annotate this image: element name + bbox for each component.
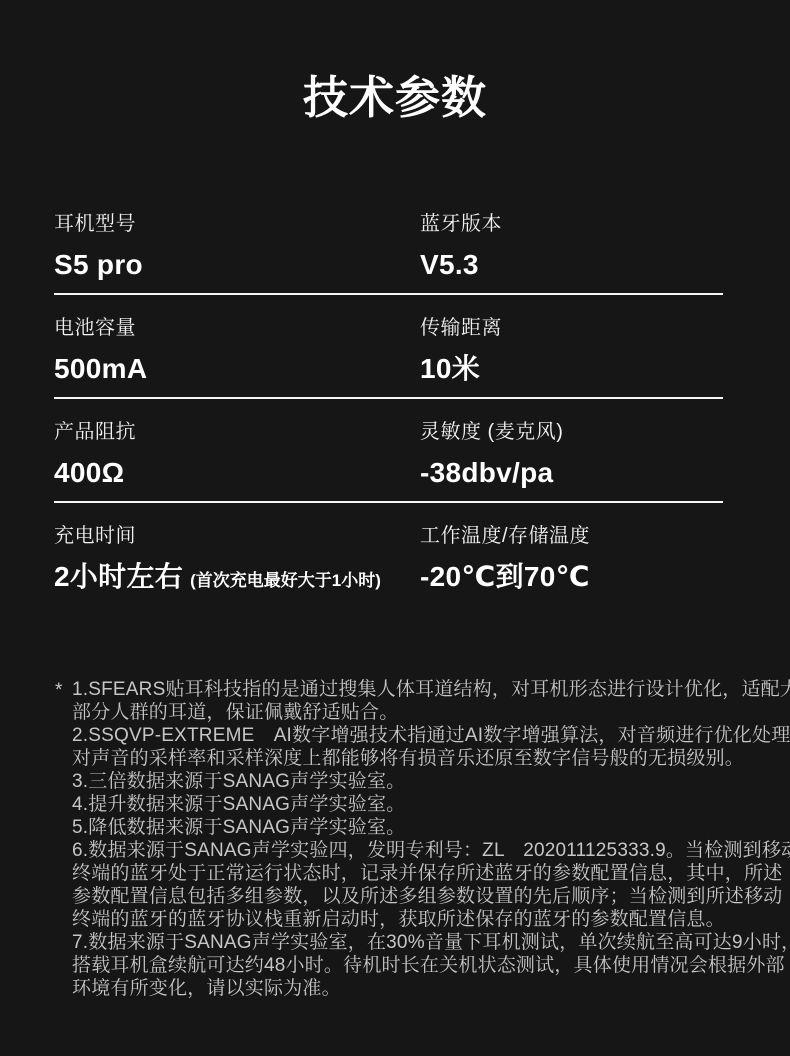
spec-cell-impedance: 产品阻抗 400Ω	[54, 420, 420, 501]
spec-cell-transmission-distance: 传输距离 10米	[420, 316, 723, 397]
page-title: 技术参数	[0, 0, 790, 126]
footnote-line: 终端的蓝牙处于正常运行状态时，记录并保存所述蓝牙的参数配置信息，其中，所述	[72, 862, 780, 885]
spec-cell-charging-time: 充电时间 2小时左右(首次充电最好大于1小时)	[54, 524, 420, 607]
footnote-line: 7.数据来源于SANAG声学实验室，在30%音量下耳机测试，单次续航至高可达9小…	[72, 931, 780, 954]
spec-value-text: 2小时左右	[54, 560, 183, 593]
spec-cell-mic-sensitivity: 灵敏度 (麦克风) -38dbv/pa	[420, 420, 723, 501]
spec-cell-battery: 电池容量 500mA	[54, 316, 420, 397]
spec-label-mic-sensitivity: 灵敏度 (麦克风)	[420, 420, 723, 445]
spec-value-temperature-range: -20℃到70℃	[420, 560, 723, 593]
spec-table: 耳机型号 S5 pro 蓝牙版本 V5.3 电池容量 500mA 传输距离	[54, 212, 723, 607]
footnote-line: 3.三倍数据来源于SANAG声学实验室。	[72, 770, 780, 793]
footnote-line: 搭载耳机盒续航可达约48小时。待机时长在关机状态测试，具体使用情况会根据外部	[72, 954, 780, 977]
spec-value-impedance: 400Ω	[54, 456, 420, 489]
spec-row-charging-temperature: 充电时间 2小时左右(首次充电最好大于1小时) 工作温度/存储温度 -20℃到7…	[54, 503, 723, 607]
spec-row-model-bluetooth: 耳机型号 S5 pro 蓝牙版本 V5.3	[54, 212, 723, 295]
spec-label-model: 耳机型号	[54, 212, 420, 237]
spec-label-impedance: 产品阻抗	[54, 420, 420, 445]
spec-label-charging-time: 充电时间	[54, 524, 420, 549]
spec-value-text: 10米	[420, 352, 480, 385]
spec-value-charging-time: 2小时左右(首次充电最好大于1小时)	[54, 560, 420, 597]
spec-row-battery-distance: 电池容量 500mA 传输距离 10米	[54, 295, 723, 399]
footnote-line: 2.SSQVP-EXTREME AI数字增强技术指通过AI数字增强算法，对音频进…	[72, 724, 780, 747]
footnote-line: 1.SFEARS贴耳科技指的是通过搜集人体耳道结构，对耳机形态进行设计优化，适配…	[72, 678, 780, 701]
spec-cell-temperature-range: 工作温度/存储温度 -20℃到70℃	[420, 524, 723, 607]
spec-sheet: 技术参数 耳机型号 S5 pro 蓝牙版本 V5.3 电池容量 500mA	[0, 0, 790, 1000]
spec-cell-bluetooth-version: 蓝牙版本 V5.3	[420, 212, 723, 293]
spec-value-bluetooth-version: V5.3	[420, 248, 723, 281]
spec-label-bluetooth-version: 蓝牙版本	[420, 212, 723, 237]
spec-value-text: 400Ω	[54, 456, 124, 489]
spec-value-mic-sensitivity: -38dbv/pa	[420, 456, 723, 489]
footnote-line: 参数配置信息包括多组参数，以及所述多组参数设置的先后顺序；当检测到所述移动	[72, 885, 780, 908]
footnote-line: 4.提升数据来源于SANAG声学实验室。	[72, 793, 780, 816]
footnote-line: 5.降低数据来源于SANAG声学实验室。	[72, 816, 780, 839]
footnote-line: 部分人群的耳道，保证佩戴舒适贴合。	[72, 701, 780, 724]
spec-value-text: V5.3	[420, 248, 479, 281]
spec-value-battery: 500mA	[54, 352, 420, 385]
spec-label-transmission-distance: 传输距离	[420, 316, 723, 341]
spec-value-note-first-charge: (首次充电最好大于1小时)	[190, 564, 381, 597]
footnote-line: 对声音的采样率和采样深度上都能够将有损音乐还原至数字信号般的无损级别。	[72, 747, 780, 770]
spec-value-text: -38dbv/pa	[420, 456, 553, 489]
spec-label-battery: 电池容量	[54, 316, 420, 341]
spec-value-text: 500mA	[54, 352, 147, 385]
spec-value-text: -20℃到70℃	[420, 560, 590, 593]
footnotes-block: * 1.SFEARS贴耳科技指的是通过搜集人体耳道结构，对耳机形态进行设计优化，…	[72, 678, 780, 1000]
spec-value-model: S5 pro	[54, 248, 420, 281]
spec-cell-model: 耳机型号 S5 pro	[54, 212, 420, 293]
footnote-line: 环境有所变化，请以实际为准。	[72, 977, 780, 1000]
footnote-line: 终端的蓝牙的蓝牙协议栈重新启动时，获取所述保存的蓝牙的参数配置信息。	[72, 908, 780, 931]
footnote-line: 6.数据来源于SANAG声学实验四，发明专利号：ZL 202011125333.…	[72, 839, 780, 862]
spec-value-transmission-distance: 10米	[420, 352, 723, 385]
spec-label-temperature-range: 工作温度/存储温度	[420, 524, 723, 549]
spec-row-impedance-sensitivity: 产品阻抗 400Ω 灵敏度 (麦克风) -38dbv/pa	[54, 399, 723, 503]
spec-value-text: S5 pro	[54, 248, 143, 281]
asterisk-icon: *	[55, 679, 63, 702]
